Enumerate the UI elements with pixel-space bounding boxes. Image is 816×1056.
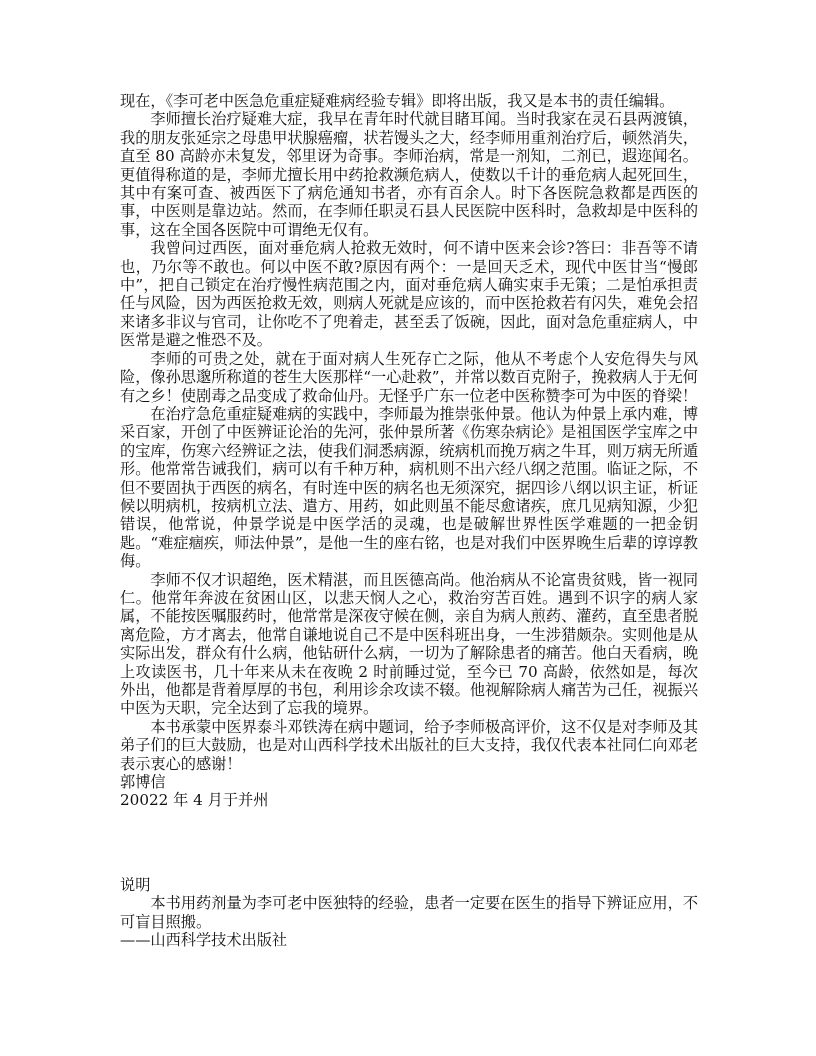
note-body: 本书用药剂量为李可老中医独特的经验，患者一定要在医生的指导下辨证应用，不可盲目照… [120, 894, 698, 931]
paragraph-expertise: 李师擅长治疗疑难大症，我早在青年时代就目睹耳闻。当时我家在灵石县两渡镇，我的朋友… [120, 110, 698, 239]
note-heading: 说明 [120, 876, 698, 894]
signature-author: 郭博信 [120, 773, 698, 791]
paragraph-acknowledgement: 本书承蒙中医界泰斗邓铁涛在病中题词，给予李师极高评价，这不仅是对李师及其弟子们的… [120, 718, 698, 773]
paragraph-ethics: 李师不仅才识超绝，医术精湛，而且医德高尚。他治病从不论富贵贫贱，皆一视同仁。他常… [120, 571, 698, 718]
signature-date: 20022 年 4 月于并州 [120, 791, 698, 809]
paragraph-zhang-zhongjing: 在治疗急危重症疑难病的实践中，李师最为推崇张仲景。他认为仲景上承内难，博采百家，… [120, 405, 698, 571]
note-publisher: ——山西科学技术出版社 [120, 931, 698, 949]
paragraph-western-medicine: 我曾问过西医，面对垂危病人抢救无效时，何不请中医来会诊?答曰：非吾等不请也，乃尔… [120, 239, 698, 349]
paragraph-virtue: 李师的可贵之处，就在于面对病人生死存亡之际，他从不考虑个人安危得失与风险，像孙思… [120, 350, 698, 405]
paragraph-intro: 现在，《李可老中医急危重症疑难病经验专辑》即将出版，我又是本书的责任编辑。 [120, 92, 698, 110]
publisher-note: 说明 本书用药剂量为李可老中医独特的经验，患者一定要在医生的指导下辨证应用，不可… [120, 876, 698, 950]
document-body: 现在，《李可老中医急危重症疑难病经验专辑》即将出版，我又是本书的责任编辑。 李师… [120, 92, 698, 810]
